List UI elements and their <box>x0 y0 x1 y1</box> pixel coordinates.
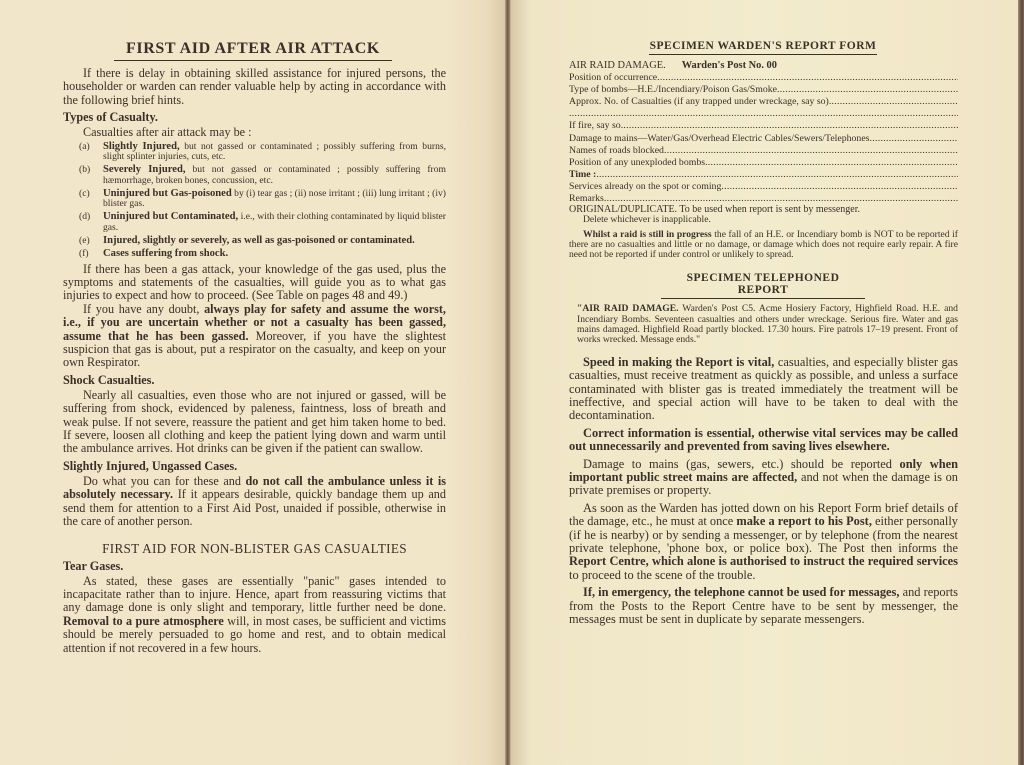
item-key: (a) <box>63 142 103 163</box>
form-field-label: If fire, say so <box>569 120 621 132</box>
emergency-bold: If, in emergency, the telephone cannot b… <box>583 585 899 599</box>
gas-attack-paragraph: If there has been a gas attack, your kno… <box>63 263 446 303</box>
form-field-row: Damage to mains—Water/Gas/Overhead Elect… <box>569 133 958 145</box>
form-field-label: Type of bombs—H.E./Incendiary/Poison Gas… <box>569 84 777 96</box>
form-field-dots <box>721 181 958 193</box>
form-field-row: Type of bombs—H.E./Incendiary/Poison Gas… <box>569 84 958 96</box>
form-field-dots <box>596 169 958 181</box>
form-head-right: Warden's Post No. 00 <box>682 60 777 71</box>
item-text: Uninjured but Contaminated, i.e., with t… <box>103 212 446 233</box>
form-field-row: Position of occurrence <box>569 72 958 84</box>
casualty-type-item: (c)Uninjured but Gas-poisoned by (i) tea… <box>63 189 446 210</box>
form-field-label: Approx. No. of Casualties (if any trappe… <box>569 96 829 108</box>
book-edge <box>1018 0 1024 765</box>
form-field-dots <box>657 72 958 84</box>
casualty-type-item: (f)Cases suffering from shock. <box>63 249 446 259</box>
correct-paragraph: Correct information is essential, otherw… <box>569 427 958 454</box>
tear-heading: Tear Gases. <box>63 559 446 574</box>
whilst-paragraph: Whilst a raid is still in progress the f… <box>569 230 958 261</box>
original-sub: Delete whichever is inapplicable. <box>569 215 958 225</box>
form-field-row: Services already on the spot or coming <box>569 181 958 193</box>
report-form: AIR RAID DAMAGE.Warden's Post No. 00 Pos… <box>569 60 958 205</box>
soon-post: to proceed to the scene of the trouble. <box>569 568 755 582</box>
form-title: SPECIMEN WARDEN'S REPORT FORM <box>649 40 877 55</box>
mains-paragraph: Damage to mains (gas, sewers, etc.) shou… <box>569 458 958 498</box>
form-field-row: Names of roads blocked <box>569 145 958 157</box>
form-head: AIR RAID DAMAGE.Warden's Post No. 00 <box>569 60 958 72</box>
form-field-label: Damage to mains—Water/Gas/Overhead Elect… <box>569 133 870 145</box>
left-page: FIRST AID AFTER AIR ATTACK If there is d… <box>0 0 507 765</box>
doubt-paragraph: If you have any doubt, always play for s… <box>63 303 446 370</box>
slight-heading: Slightly Injured, Ungassed Cases. <box>63 459 446 474</box>
casualty-types-list: (a)Slightly Injured, but not gassed or c… <box>63 142 446 260</box>
intro-paragraph: If there is delay in obtaining skilled a… <box>63 67 446 107</box>
tear-bold: Removal to a pure atmosphere <box>63 614 224 628</box>
casualty-type-item: (b)Severely Injured, but not gassed or c… <box>63 165 446 186</box>
casualty-type-item: (e)Injured, slightly or severely, as wel… <box>63 236 446 246</box>
tear-text: As stated, these gases are essentially "… <box>63 574 446 615</box>
form-field-label: Position of occurrence <box>569 72 657 84</box>
left-column: FIRST AID AFTER AIR ATTACK If there is d… <box>63 40 446 655</box>
form-field-row: If fire, say so <box>569 120 958 132</box>
item-text: Injured, slightly or severely, as well a… <box>103 236 446 246</box>
form-field-dots <box>870 133 959 145</box>
doubt-text: If you have any doubt, <box>83 302 204 316</box>
speed-bold: Speed in making the Report is vital, <box>583 355 774 369</box>
soon-bold2: Report Centre, which alone is authorised… <box>569 554 958 568</box>
form-field-dots <box>829 96 958 108</box>
slight-paragraph: Do what you can for these and do not cal… <box>63 475 446 529</box>
types-lead: Casualties after air attack may be : <box>63 126 446 139</box>
item-key: (c) <box>63 189 103 210</box>
form-field-label: Time : <box>569 169 596 181</box>
casualty-type-item: (a)Slightly Injured, but not gassed or c… <box>63 142 446 163</box>
form-field-row: Time : <box>569 169 958 181</box>
form-field-label: Position of any unexploded bombs <box>569 157 705 169</box>
page-title: FIRST AID AFTER AIR ATTACK <box>114 40 392 61</box>
form-field-row: Approx. No. of Casualties (if any trappe… <box>569 96 958 108</box>
item-text: Severely Injured, but not gassed or cont… <box>103 165 446 186</box>
soon-bold1: make a report to his Post, <box>736 514 872 528</box>
form-head-left: AIR RAID DAMAGE. <box>569 60 666 71</box>
form-field-label: Names of roads blocked <box>569 145 664 157</box>
item-key: (d) <box>63 212 103 233</box>
item-text: Slightly Injured, but not gassed or cont… <box>103 142 446 163</box>
form-field-row: Position of any unexploded bombs <box>569 157 958 169</box>
slight-text: Do what you can for these and <box>83 474 246 488</box>
quote-bold: "AIR RAID DAMAGE. <box>577 303 679 314</box>
item-text: Cases suffering from shock. <box>103 249 446 259</box>
telephoned-title: SPECIMEN TELEPHONED REPORT <box>661 272 865 299</box>
form-field-dots <box>705 157 958 169</box>
form-field-dots <box>569 108 958 120</box>
tear-paragraph: As stated, these gases are essentially "… <box>63 575 446 655</box>
form-field-dots <box>621 120 958 132</box>
form-field-dots <box>664 145 958 157</box>
emergency-paragraph: If, in emergency, the telephone cannot b… <box>569 586 958 626</box>
form-fields: Position of occurrenceType of bombs—H.E.… <box>569 72 958 205</box>
shock-heading: Shock Casualties. <box>63 373 446 388</box>
types-heading: Types of Casualty. <box>63 110 446 125</box>
section-title-non-blister: FIRST AID FOR NON-BLISTER GAS CASUALTIES <box>63 541 446 557</box>
right-page: SPECIMEN WARDEN'S REPORT FORM AIR RAID D… <box>511 0 1018 765</box>
item-key: (e) <box>63 236 103 246</box>
item-text: Uninjured but Gas-poisoned by (i) tear g… <box>103 189 446 210</box>
casualty-type-item: (d)Uninjured but Contaminated, i.e., wit… <box>63 212 446 233</box>
telephoned-quote: "AIR RAID DAMAGE. Warden's Post C5. Acme… <box>569 304 958 346</box>
item-key: (f) <box>63 249 103 259</box>
form-field-label: Services already on the spot or coming <box>569 181 721 193</box>
form-field-row <box>569 108 958 120</box>
shock-paragraph: Nearly all casualties, even those who ar… <box>63 389 446 456</box>
mains-text: Damage to mains (gas, sewers, etc.) shou… <box>583 457 900 471</box>
item-key: (b) <box>63 165 103 186</box>
soon-paragraph: As soon as the Warden has jotted down on… <box>569 502 958 582</box>
form-field-dots <box>777 84 958 96</box>
speed-paragraph: Speed in making the Report is vital, cas… <box>569 356 958 423</box>
right-column: SPECIMEN WARDEN'S REPORT FORM AIR RAID D… <box>569 40 958 626</box>
